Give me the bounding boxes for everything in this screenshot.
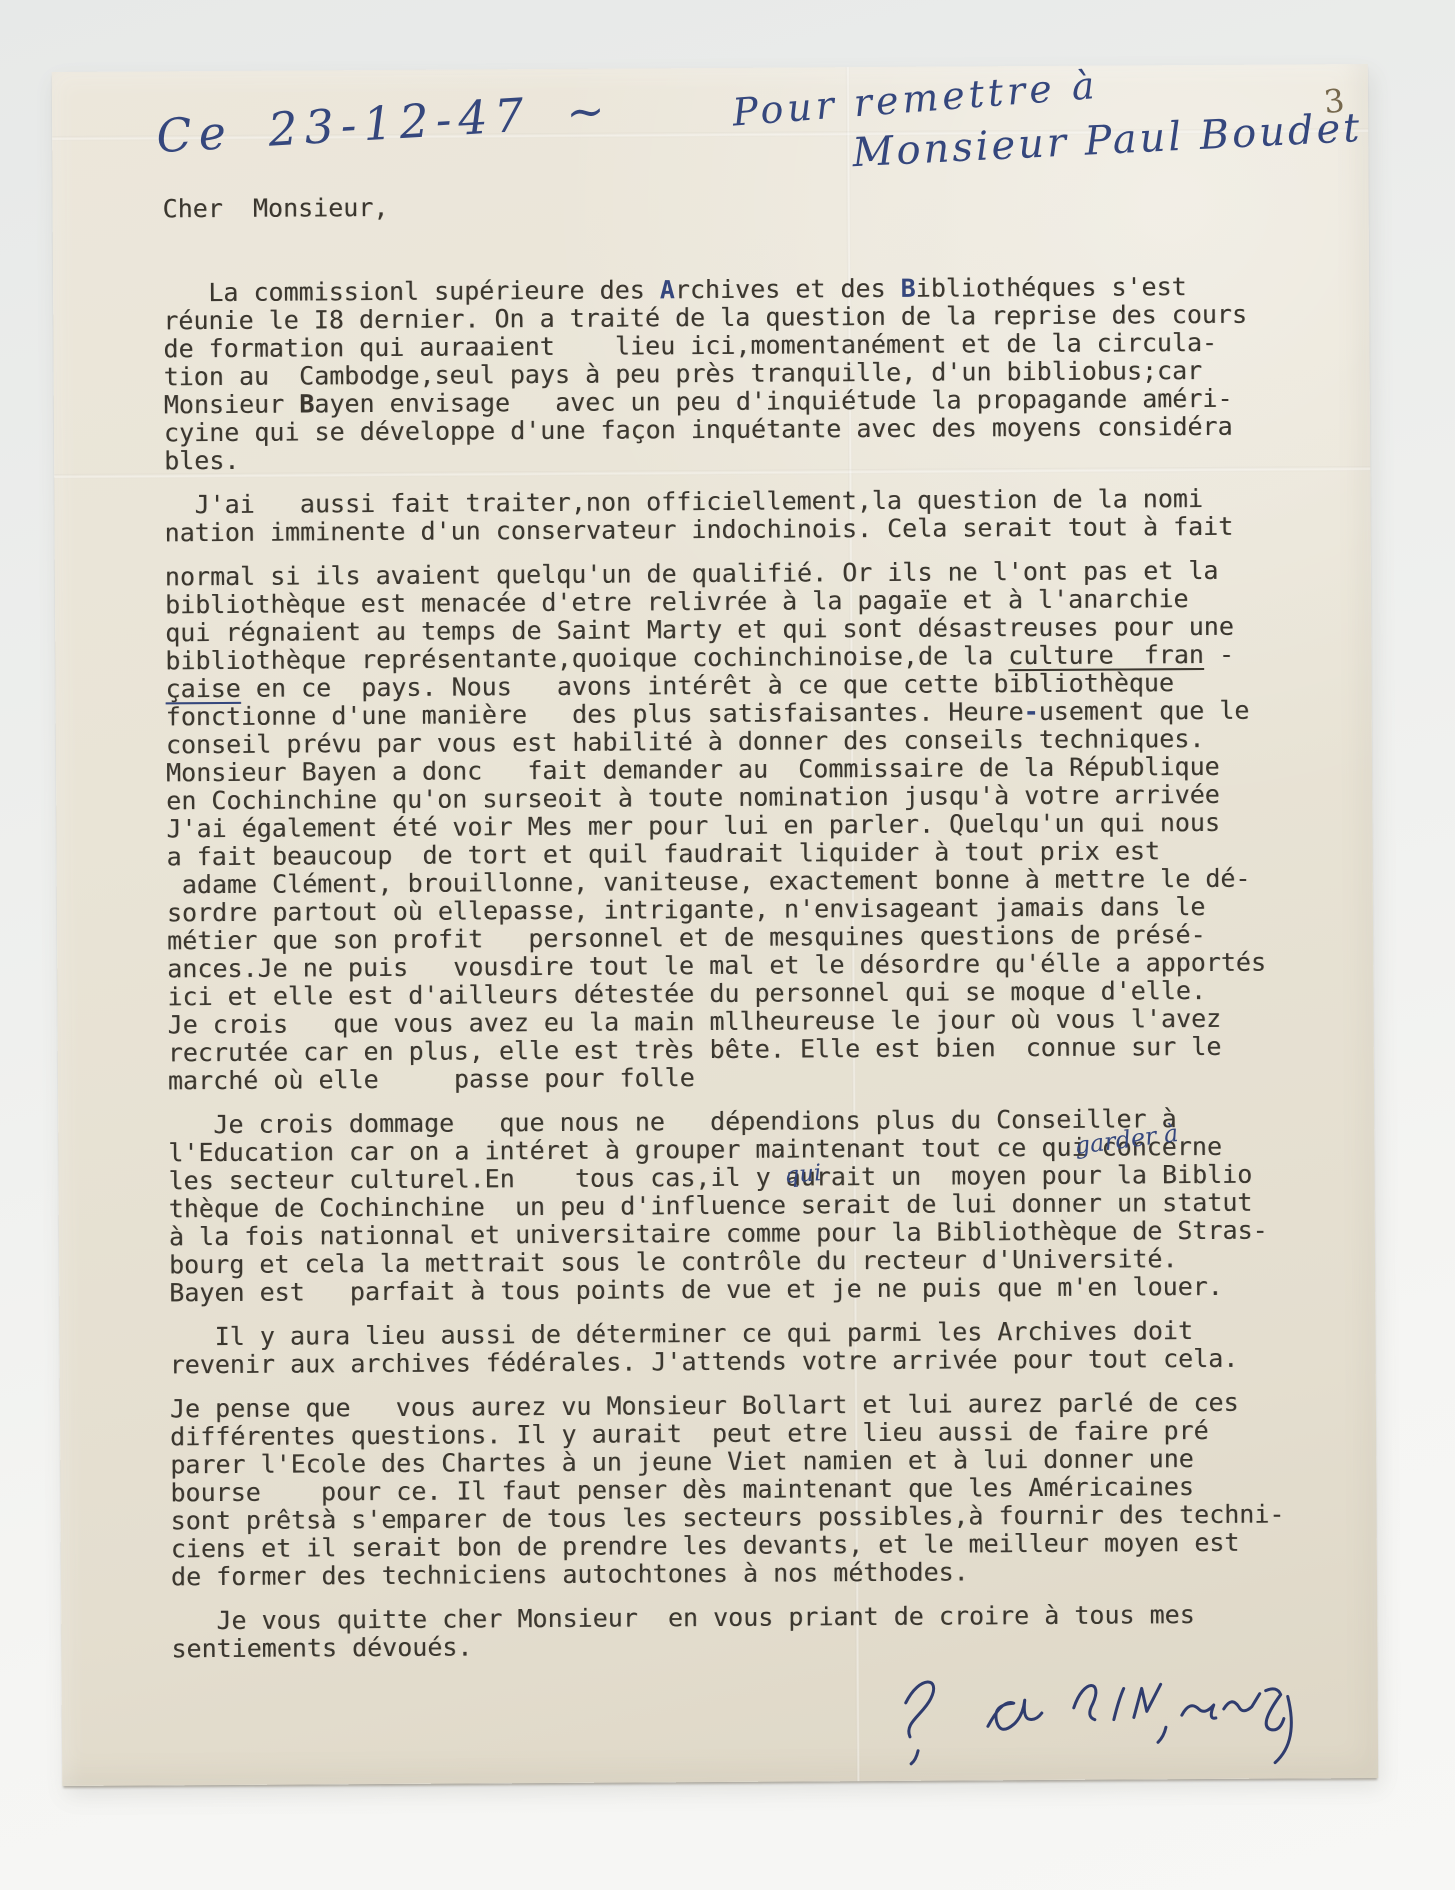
paragraph: Je vous quitte cher Monsieur en vous pri… <box>171 1601 1285 1664</box>
typed-line: marché où elle passe pour folle <box>168 1061 1282 1096</box>
salutation: Cher Monsieur, <box>163 194 389 223</box>
letter-body: La commissionl supérieure des Archives e… <box>163 273 1285 1680</box>
letter-page: Ce 23-12-47 ~ Pour remettre à Monsieur P… <box>52 64 1378 1786</box>
typed-line: revenir aux archives fédérales. J'attend… <box>170 1345 1284 1380</box>
handwritten-date-note: Ce 23-12-47 ~ <box>155 83 613 164</box>
typed-line: Bayen est parfait à tous points de vue e… <box>169 1273 1283 1308</box>
page-number: 3 <box>1322 81 1346 121</box>
handwritten-insert-qui: qui <box>784 1160 823 1189</box>
paragraph: Il y aura lieu aussi de déterminer ce qu… <box>169 1317 1283 1380</box>
photo-background: { "page": { "page_number": "3" }, "annot… <box>0 0 1455 1890</box>
signature-scrawl-icon <box>876 1660 1327 1781</box>
typed-line: nation imminente d'un conservateur indoc… <box>165 513 1279 548</box>
typed-line: de former des techniciens autochtones à … <box>171 1557 1285 1592</box>
signature <box>876 1660 1327 1781</box>
paragraph: J'ai aussi fait traiter,non officielleme… <box>164 485 1278 548</box>
typed-line: sentiements dévoués. <box>171 1629 1285 1664</box>
paragraph: La commissionl supérieure des Archives e… <box>163 273 1278 476</box>
paragraph: normal si ils avaient quelqu'un de quali… <box>165 557 1282 1096</box>
paragraph: Je pense que vous aurez vu Monsieur Boll… <box>170 1389 1285 1592</box>
